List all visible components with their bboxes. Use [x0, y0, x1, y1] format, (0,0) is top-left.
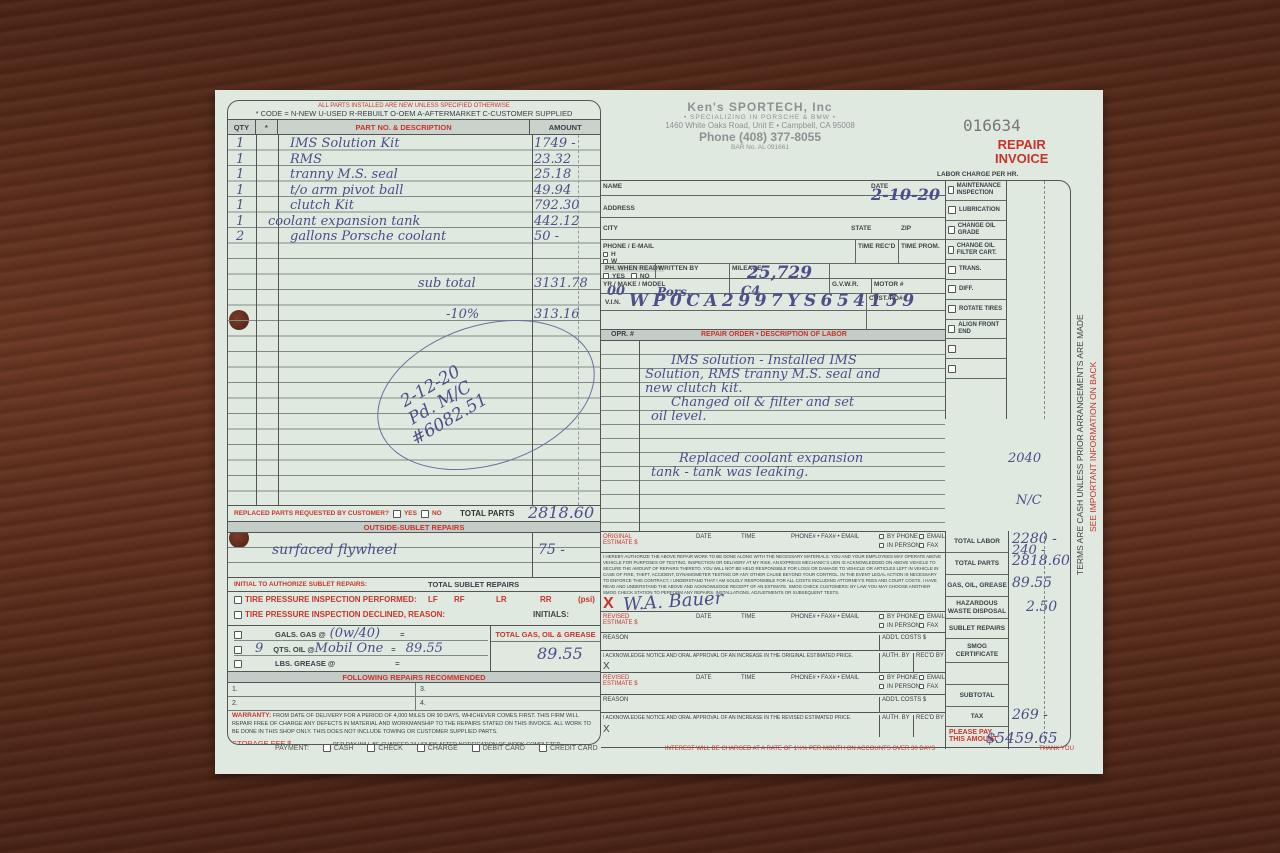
total-labor-label: TOTAL LABOR [946, 531, 1008, 553]
warranty-text: WARRANTY: FROM DATE OF DELIVERY FOR A PE… [232, 712, 596, 745]
col-code: * [256, 120, 278, 134]
brand-name: SPORTECH, Inc [729, 100, 833, 114]
total-labor-value: 2280 - [1012, 531, 1057, 547]
col-description: PART NO. & DESCRIPTION [278, 120, 531, 134]
zip-label: ZIP [901, 225, 911, 232]
parts-table: 1IMS Solution Kit1749 - 1RMS23.32 1trann… [228, 135, 600, 505]
gas-oil-grease-label: GAS, OIL, GREASE [946, 575, 1008, 597]
reason-row-2: REASON ADD'L COSTS $ [601, 695, 945, 713]
replaced-parts-row: REPLACED PARTS REQUESTED BY CUSTOMER? YE… [228, 505, 600, 521]
payment-credit-checkbox[interactable] [539, 744, 547, 752]
name-label: NAME [603, 183, 622, 190]
code-legend: * CODE = N-NEW U-USED R-REBUILT O-OEM A-… [228, 109, 600, 118]
table-row: 2gallons Porsche coolant50 - [228, 229, 600, 245]
brand-tagline: • SPECIALIZING IN PORSCHE & BMW • [665, 114, 855, 121]
repair-invoice: Ken's SPORTECH, Inc • SPECIALIZING IN PO… [215, 90, 1103, 774]
city-label: CITY [603, 225, 618, 232]
ack-revised-row: I ACKNOWLEDGE NOTICE AND ORAL APPROVAL O… [601, 713, 945, 737]
pay-amount-value: $5459.65 [986, 729, 1058, 747]
vehicle-year: 00 [607, 284, 625, 299]
table-row: 1clutch Kit792.30 [228, 198, 600, 214]
revised-estimate-row-1: REVISED ESTIMATE $ DATE TIME PHONE# • FA… [601, 611, 945, 633]
gas-checkbox[interactable] [234, 631, 242, 639]
gvwr-label: G.V.W.R. [832, 281, 859, 288]
sublet-row: surfaced flywheel75 - [228, 543, 600, 559]
authorization-text: I HEREBY AUTHORIZE THE ABOVE REPAIR WORK… [601, 554, 945, 596]
hazardous-waste-label: HAZARDOUS WASTE DISPOSAL [946, 597, 1008, 619]
reason-row-1: REASON ADD'L COSTS $ [601, 633, 945, 651]
replaced-no-checkbox[interactable] [421, 510, 429, 518]
total-parts-label: TOTAL PARTS [460, 509, 515, 518]
svc-checkbox[interactable] [948, 186, 954, 194]
labor-rate-label: LABOR CHARGE PER HR. [937, 171, 1018, 178]
ack-original-row: I ACKNOWLEDGE NOTICE AND ORAL APPROVAL O… [601, 651, 945, 673]
address-label: ADDRESS [603, 205, 635, 212]
original-estimate-row: ORIGINAL ESTIMATE $ DATE TIME PHONE# • F… [601, 531, 945, 553]
customer-info: NAME DATE 2-10-20 ADDRESS CITY STATE ZIP… [601, 181, 945, 331]
svc-checkbox[interactable] [948, 206, 956, 214]
invoice-title-line1: REPAIR [995, 138, 1048, 152]
phone-label: PHONE / E-MAIL [603, 243, 654, 250]
table-row: 1t/o arm pivot ball49.94 [228, 183, 600, 199]
invoice-title: REPAIR INVOICE [995, 138, 1048, 166]
labor-header: OPR. # REPAIR ORDER • DESCRIPTION OF LAB… [601, 329, 945, 341]
col-amount: AMOUNT [530, 120, 600, 134]
thank-you: THANK YOU [1039, 746, 1074, 752]
tax-value: 269 - [1012, 707, 1048, 723]
table-row: 1RMS23.32 [228, 152, 600, 168]
sublet-table: surfaced flywheel75 - [228, 533, 600, 577]
col-qty: QTY [228, 120, 256, 134]
recommended-grid: 1. 3. 2. 4. [228, 683, 600, 711]
shop-brand: Ken's SPORTECH, Inc • SPECIALIZING IN PO… [665, 100, 855, 151]
total-parts-value: 2818.60 [1012, 553, 1070, 569]
ph-yes-checkbox[interactable] [603, 273, 609, 279]
payment-options: PAYMENT: CASH CHECK CHARGE DEBIT CARD CR… [275, 744, 610, 752]
total-parts-label: TOTAL PARTS [946, 553, 1008, 575]
tire-declined-row: TIRE PRESSURE INSPECTION DECLINED, REASO… [228, 607, 600, 623]
tire-performed-row: TIRE PRESSURE INSPECTION PERFORMED: LF R… [228, 591, 600, 607]
hazardous-waste-value: 2.50 [1026, 599, 1057, 615]
payment-cash-checkbox[interactable] [323, 744, 331, 752]
state-label: STATE [851, 225, 871, 232]
parts-table-header: QTY * PART NO. & DESCRIPTION AMOUNT [228, 119, 600, 135]
revised-estimate-row-2: REVISED ESTIMATE $ DATE TIME PHONE# • FA… [601, 673, 945, 695]
svc-checkbox[interactable] [948, 226, 955, 234]
labor-description: IMS solution - Installed IMS Solution, R… [601, 341, 945, 531]
payment-check-checkbox[interactable] [367, 744, 375, 752]
service-checklist: MAINTENANCE INSPECTION LUBRICATION CHANG… [945, 181, 1071, 419]
payment-charge-checkbox[interactable] [417, 744, 425, 752]
tire-performed-checkbox[interactable] [234, 596, 242, 604]
labor-amount: 2040 [1008, 451, 1041, 466]
total-sublet-label: TOTAL SUBLET REPAIRS [428, 580, 519, 589]
gas-oil-total: TOTAL GAS, OIL & GREASE 89.55 [490, 626, 600, 671]
svc-checkbox[interactable] [948, 305, 956, 313]
table-row: 1tranny M.S. seal25.18 [228, 167, 600, 183]
svc-checkbox[interactable] [948, 285, 956, 293]
tax-label: TAX [946, 707, 1008, 727]
parts-panel: ALL PARTS INSTALLED ARE NEW UNLESS SPECI… [227, 100, 601, 745]
svc-checkbox[interactable] [948, 266, 956, 274]
shop-address: 1460 White Oaks Road, Unit E • Campbell,… [665, 121, 855, 130]
date-value: 2-10-20 [871, 185, 940, 204]
recommended-heading: FOLLOWING REPAIRS RECOMMENDED [228, 671, 600, 683]
repair-order-panel: NAME DATE 2-10-20 ADDRESS CITY STATE ZIP… [601, 180, 1071, 748]
customer-po-label: CUST. PO# [869, 295, 903, 302]
subtotal-label: SUBTOTAL [946, 685, 1008, 707]
svc-checkbox[interactable] [948, 345, 956, 353]
smog-certificate-label: SMOG CERTIFICATE [946, 639, 1008, 663]
invoice-number: 016634 [963, 116, 1021, 135]
ph-no-checkbox[interactable] [631, 273, 637, 279]
sublet-repairs-label: SUBLET REPAIRS [946, 619, 1008, 639]
gas-oil-block: GALS. GAS @(0w/40)= 9QTS. OIL @Mobil One… [228, 625, 600, 671]
vin-label: V.I.N. [605, 299, 621, 306]
terms-text: TERMS ARE CASH UNLESS PRIOR ARRANGEMENTS… [1075, 314, 1085, 575]
mileage-value: 25,729 [747, 263, 812, 283]
oil-checkbox[interactable] [234, 646, 242, 654]
written-by-label: WRITTEN BY [658, 265, 698, 272]
time-promised-label: TIME PROM. [901, 243, 940, 250]
totals-panel: TOTAL LABOR 2280 - TOTAL PARTS 2818.60 G… [945, 531, 1071, 749]
svc-checkbox[interactable] [948, 325, 955, 333]
total-parts-value: 2818.60 [528, 503, 594, 522]
payment-debit-checkbox[interactable] [472, 744, 480, 752]
sublet-initial-row: INITIAL TO AUTHORIZE SUBLET REPAIRS: TOT… [228, 577, 600, 591]
svc-checkbox[interactable] [948, 365, 956, 373]
subtotal-row: sub total3131.78 [228, 276, 600, 292]
grease-checkbox[interactable] [234, 660, 242, 668]
invoice-title-line2: INVOICE [995, 152, 1048, 166]
table-row: 1IMS Solution Kit1749 - [228, 136, 600, 152]
bar-number: BAR No. AL 091661 [665, 144, 855, 151]
table-row: 1coolant expansion tank442.12 [228, 214, 600, 230]
brand-prefix: Ken's [687, 100, 724, 114]
blank-total-row [946, 663, 1008, 685]
sublet-heading: OUTSIDE-SUBLET REPAIRS [228, 521, 600, 533]
gas-oil-grease-value: 89.55 [1012, 575, 1052, 591]
labor-amount: N/C [1016, 493, 1042, 508]
see-back-text: SEE IMPORTANT INFORMATION ON BACK [1088, 362, 1098, 532]
svc-checkbox[interactable] [948, 246, 954, 254]
motor-label: MOTOR # [874, 281, 904, 288]
tire-declined-checkbox[interactable] [234, 611, 242, 619]
discount-row: -10%313.16 [228, 307, 600, 323]
interest-notice: INTEREST WILL BE CHARGED AT A RATE OF 1½… [665, 746, 935, 752]
replaced-yes-checkbox[interactable] [393, 510, 401, 518]
time-received-label: TIME REC'D [858, 243, 895, 250]
shop-phone: Phone (408) 377-8055 [665, 130, 855, 144]
